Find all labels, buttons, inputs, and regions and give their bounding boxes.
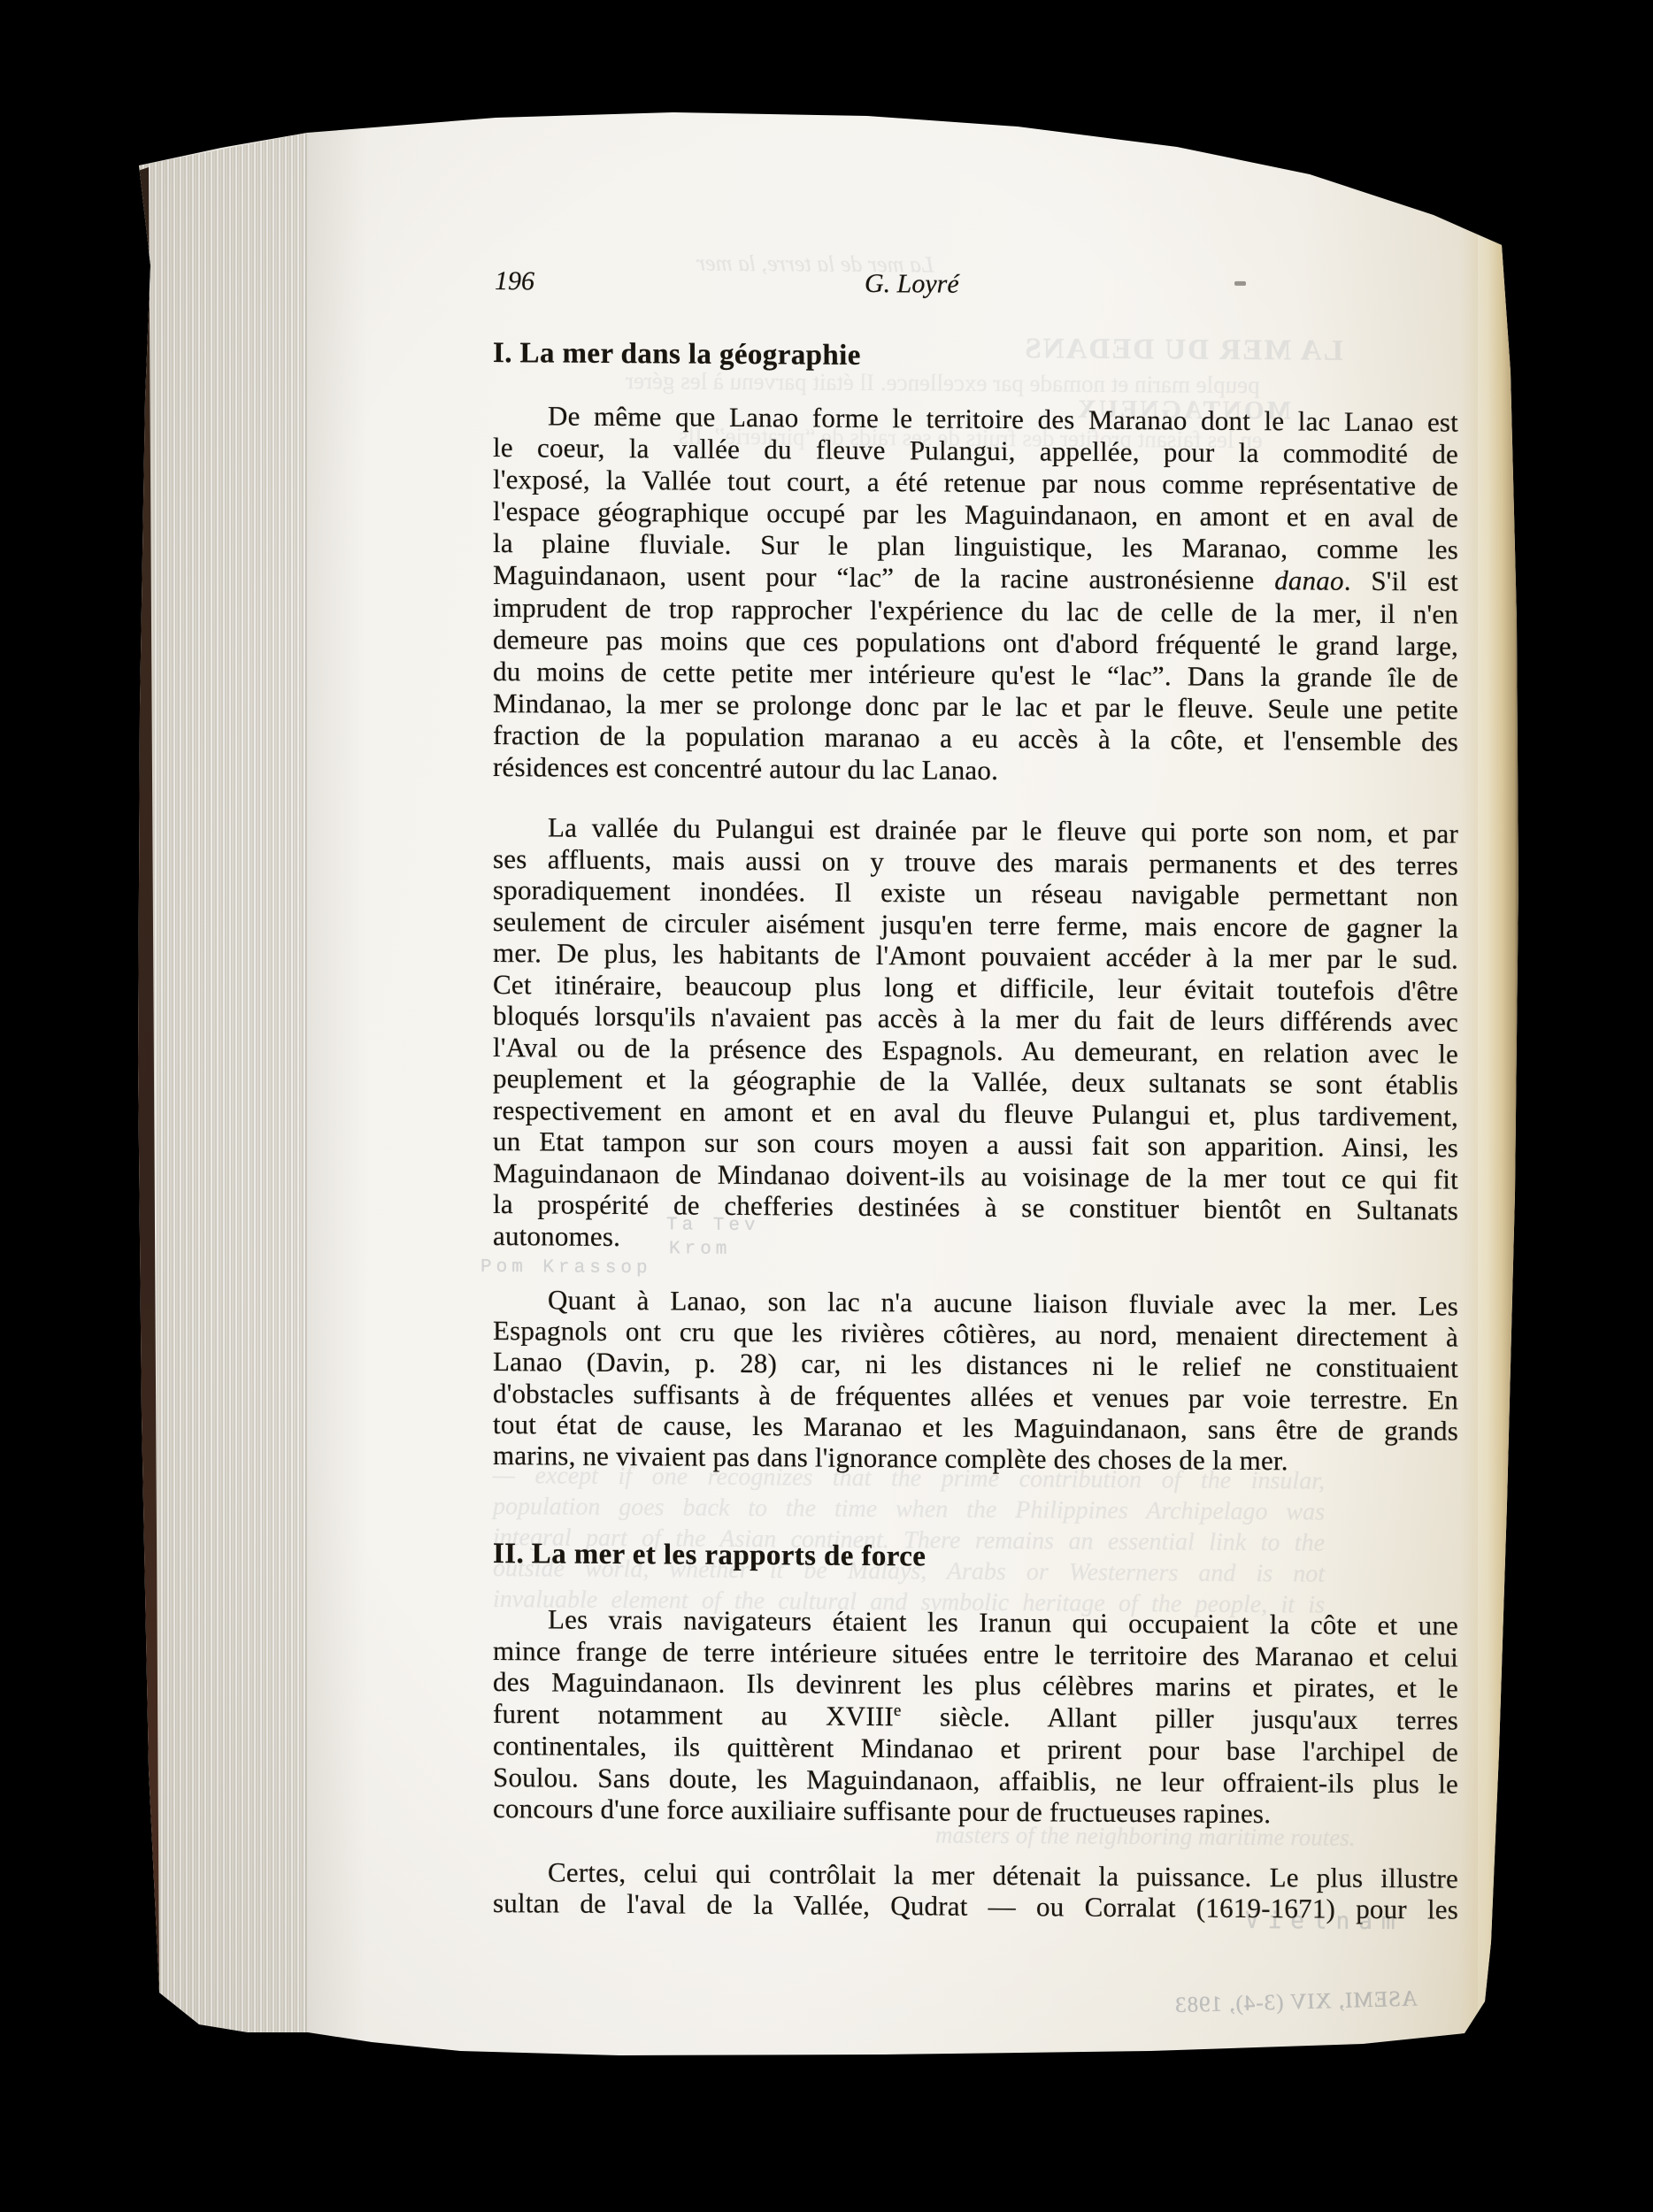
vignette-overlay bbox=[124, 106, 1531, 2062]
scanned-book-photo: La mer de la terre, la mer LA MER DU DED… bbox=[0, 0, 1653, 2212]
book-page: La mer de la terre, la mer LA MER DU DED… bbox=[0, 0, 1653, 2212]
